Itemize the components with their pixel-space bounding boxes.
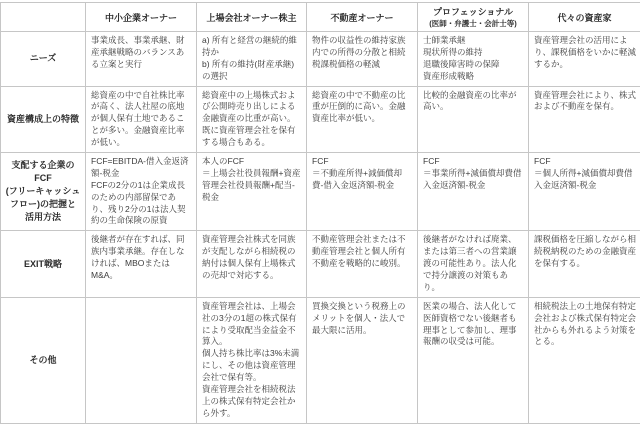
cell-asset-legacy: 資産管理会社により、株式および不動産を保有。 [529,86,640,152]
row-asset-composition: 資産構成上の特徴 総資産の中で自社株比率が高く、法人社屋の底地が個人保有土地であ… [1,86,640,152]
cell-needs-realestate: 物件の収益性の維持家族内での所得の分散と相続税課税価格の軽減 [307,32,418,87]
cell-other-sme [86,297,197,423]
row-needs: ニーズ 事業成長、事業承継、財産承継戦略のバランスある立案と実行 a) 所有と経… [1,32,640,87]
cell-other-listed: 資産管理会社は、上場会社の3分の1超の株式保有により受取配当金益金不算入。 個人… [197,297,307,423]
col-header-legacy-wealthy: 代々の資産家 [529,3,640,32]
corner-cell [1,3,86,32]
cell-fcf-realestate: FCF ＝不動産所得+減価償却費-借入金返済額-税金 [307,153,418,231]
cell-other-professional: 医業の場合、法人化して医師資格でない後継者も理事として参加し、理事報酬の収受は可… [418,297,529,423]
cell-exit-listed: 資産管理会社株式を同族が支配しながら相続税の納付は個人保有上場株式の売却で対応す… [197,231,307,297]
cell-fcf-listed: 本人のFCF ＝上場会社役員報酬+資産管理会社役員報酬+配当-税金 [197,153,307,231]
cell-exit-legacy: 課税価格を圧縮しながら相続税納税のための金融資産を保有する。 [529,231,640,297]
cell-fcf-professional: FCF ＝事業所得+減価償却費借入金返済額-税金 [418,153,529,231]
cell-needs-professional: 士師業承継 現状所得の維持 退職後障害時の保障 資産形成戦略 [418,32,529,87]
col-header-professional: プロフェッショナル(医師・弁護士・会計士等) [418,3,529,32]
cell-exit-sme: 後継者が存在すれば、同族内事業承継。存在しなければ、MBOまたはM&A。 [86,231,197,297]
cell-asset-sme: 総資産の中で自社株比率が高く、法人社屋の底地が個人保有土地であることが多い。金融… [86,86,197,152]
cell-needs-listed: a) 所有と経営の継続的維持か b) 所有の維持(財産承継)の選択 [197,32,307,87]
cell-asset-listed: 総資産中の上場株式および公開時売り出しによる金融資産の比重が高い。既に資産管理会… [197,86,307,152]
cell-other-legacy: 相続税法上の土地保有特定会社および株式保有特定会社からも外れるよう対策をとる。 [529,297,640,423]
header-row: 中小企業オーナー 上場会社オーナー株主 不動産オーナー プロフェッショナル(医師… [1,3,640,32]
row-label-needs: ニーズ [1,32,86,87]
cell-fcf-legacy: FCF ＝個人所得+減価償却費借入金返済額-税金 [529,153,640,231]
col-header-sme-owner: 中小企業オーナー [86,3,197,32]
owner-comparison-page: 中小企業オーナー 上場会社オーナー株主 不動産オーナー プロフェッショナル(医師… [0,0,640,316]
col-header-label: 不動産オーナー [330,13,393,23]
col-header-realestate-owner: 不動産オーナー [307,3,418,32]
cell-fcf-sme: FCF=EBITDA-借入金返済額-税金 FCFの2分の1は企業成長のための内部… [86,153,197,231]
cell-needs-legacy: 資産管理会社の活用により、課税価格をいかに軽減するか。 [529,32,640,87]
col-header-label: 上場会社オーナー株主 [206,13,296,23]
col-header-label: 中小企業オーナー [105,13,177,23]
cell-asset-professional: 比較的金融資産の比率が高い。 [418,86,529,152]
row-fcf: 支配する企業の FCF (フリーキャッシュ フロー)の把握と 活用方法 FCF=… [1,153,640,231]
row-label-asset-composition: 資産構成上の特徴 [1,86,86,152]
cell-exit-professional: 後継者がなければ廃業、または第三者への営業譲渡の可能性あり。法人化で持分譲渡の対… [418,231,529,297]
cell-exit-realestate: 不動産管理会社または不動産管理会社と個人所有不動産を戦略的に峻別。 [307,231,418,297]
col-header-listed-owner: 上場会社オーナー株主 [197,3,307,32]
col-header-label: プロフェッショナル [433,7,513,17]
row-other: その他 資産管理会社は、上場会社の3分の1超の株式保有により受取配当金益金不算入… [1,297,640,423]
row-label-other: その他 [1,297,86,423]
row-exit-strategy: EXIT戦略 後継者が存在すれば、同族内事業承継。存在しなければ、MBOまたはM… [1,231,640,297]
col-header-sublabel: (医師・弁護士・会計士等) [420,18,526,29]
cell-other-realestate: 買換交換という税務上のメリットを個人・法人で最大限に活用。 [307,297,418,423]
cell-asset-realestate: 総資産の中で不動産の比重が圧倒的に高い。金融資産比率が低い。 [307,86,418,152]
col-header-label: 代々の資産家 [557,13,611,23]
owner-comparison-table: 中小企業オーナー 上場会社オーナー株主 不動産オーナー プロフェッショナル(医師… [0,2,640,424]
row-label-exit-strategy: EXIT戦略 [1,231,86,297]
row-label-fcf: 支配する企業の FCF (フリーキャッシュ フロー)の把握と 活用方法 [1,153,86,231]
cell-needs-sme: 事業成長、事業承継、財産承継戦略のバランスある立案と実行 [86,32,197,87]
